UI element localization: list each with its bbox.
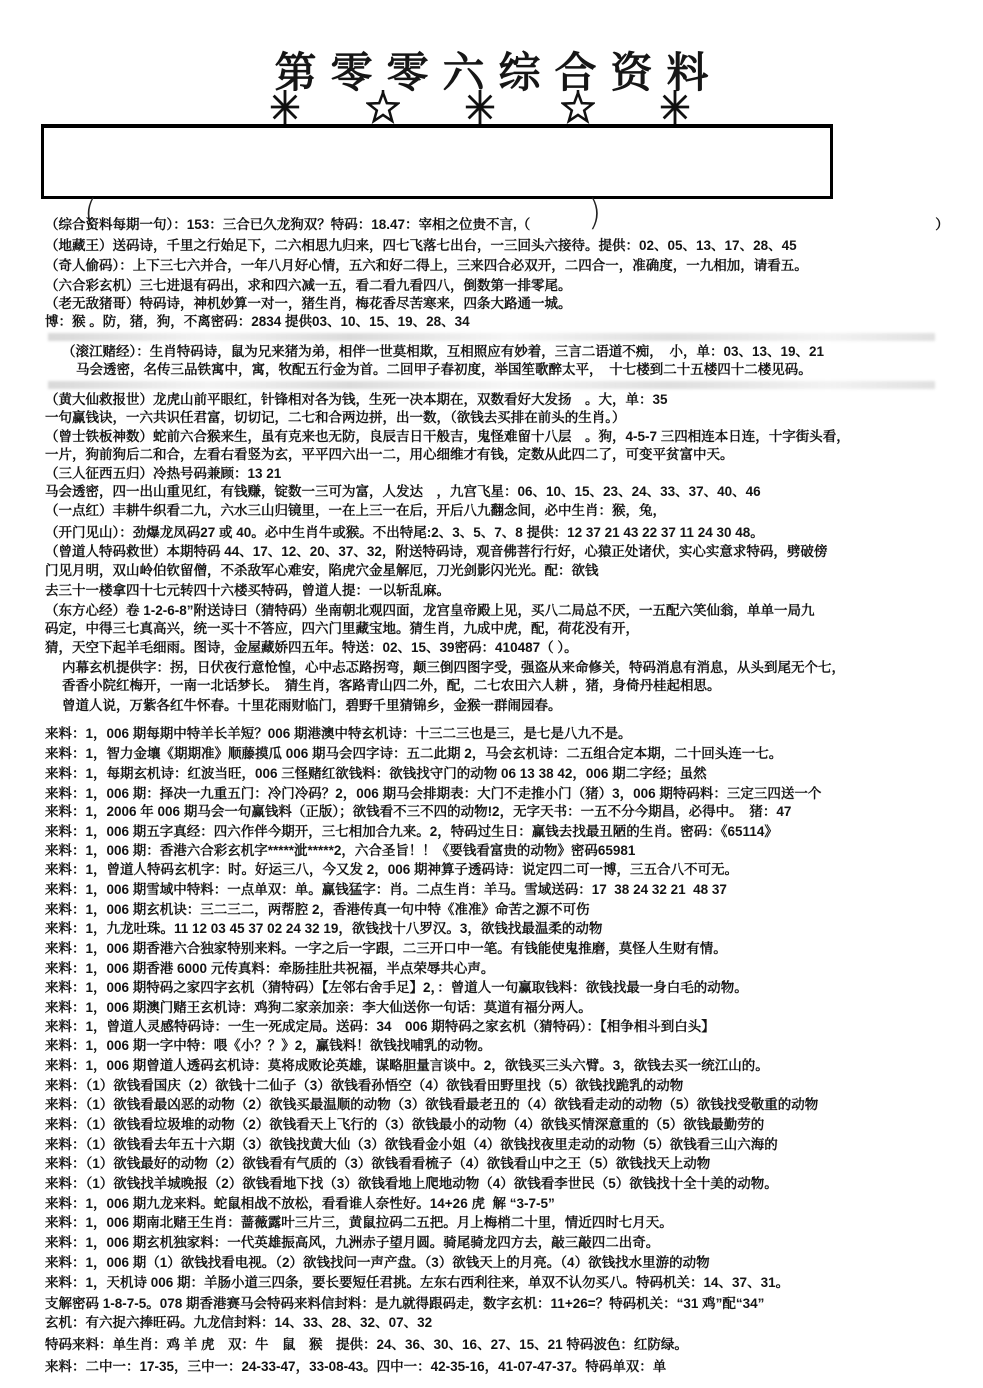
text-line: 来料：1，006 期雪域中特料：一点单双：单。赢钱猛字：肖。二点生肖：羊马。雪域…: [0, 881, 983, 899]
text-line: 来料：1，天机诗 006 期：羊肠小道三四条，要长要短任君挑。左东右西利往来，单…: [0, 1274, 983, 1292]
text-line: 来料：（1）欲钱看去年五十六期（3）欲钱找黄大仙（3）欲钱看金小姐（4）欲钱找夜…: [0, 1136, 983, 1154]
ghost-text-line: [48, 381, 935, 389]
text-line: 来料：1，曾道人灵感特码诗：一生一死成定局。送码：34 006 期特码之家玄机（…: [0, 1018, 983, 1036]
page-root: 第零零六综合资料 ( ) （综合资料每期一句）：153：三合已久龙狗双？特码：1…: [0, 0, 983, 1388]
text-line: 来料：1，006 期特码之家四字玄机（猜特码）【左邻右舍手足】2，：曾道人一句赢…: [0, 979, 983, 997]
text-line: 来料：1，006 期香港六合独家特别来料。一字之后一字跟，二三开口中一笔。有钱能…: [0, 940, 983, 958]
text-line: 来料：1，006 期南北赌王生肖：蔷薇露叶三片三，黄鼠拉码二五把。月上梅梢二十里…: [0, 1214, 983, 1232]
text-line: （开门见山）：劲爆龙凤码27 或 40。必中生肖牛或猴。不出特尾:2、3、5、7…: [0, 524, 983, 542]
text-line: 马会透密，四一出山重见红，有钱赚，锭数一三可为富，人发达 ，九宫飞星：06、10…: [0, 483, 983, 501]
text-line: 来料：1，006 期五字真经：四六作伴今期开，三七相加合九来。2，特码过生日：赢…: [0, 823, 983, 841]
text-line: 来料：（1）欲钱看最凶恶的动物（2）欲钱买最温顺的动物（3）欲钱看最老丑的（4）…: [0, 1096, 983, 1114]
text-line: 来料：1，006 期玄机独家料：一代英雄振高风，九洲赤子望月圆。骑尾骑龙四方去，…: [0, 1234, 983, 1252]
text-line: 来料：1，九龙吐珠。11 12 03 45 37 02 24 32 19，欲钱找…: [0, 920, 983, 938]
star-icon: [561, 90, 595, 124]
text-line: 一句赢钱诀，一六共识任君富，切切记，二七和合两边拼，出一数，（欲钱去买排在前头的…: [0, 409, 983, 427]
asterisk-icon: [268, 90, 302, 124]
text-line: （黄大仙救报世）龙虎山前平眼红，针锋相对各为钱，生死一决本期在，双数看好大发扬 …: [0, 391, 983, 409]
ghost-text-line: [48, 333, 935, 341]
text-line: （一点红）丰耕牛织看二九，六水三山归镜里，一在上三一在后，开后八九翻念间，必中生…: [0, 502, 983, 520]
text-line: 特码来料：单生肖：鸡 羊 虎 双：牛 鼠 猴 提供：24、36、30、16、27…: [0, 1336, 983, 1354]
star-icon: [366, 90, 400, 124]
text-line: 一片，狗前狗后二和合，左看右看竖为玄，平平四六出一二，用心细维才有钱，定数从此四…: [0, 446, 983, 464]
asterisk-icon: [463, 90, 497, 124]
asterisk-icon: [658, 90, 692, 124]
text-line: 来料：1，006 期一字中特：喂《小？？》2，赢钱料！欲钱找哺乳的动物。: [0, 1037, 983, 1055]
text-line: （曾士铁板神数）蛇前六合猴来生，虽有克来也无防，良辰吉日干般吉，鬼怪难留十八层 …: [0, 428, 983, 446]
text-line: 来料：1，006 期九龙来料。蛇鼠相战不放松，看看谁人奈性好。14+26 虎 解…: [0, 1195, 983, 1213]
text-line: 来料：（1）欲钱看垃圾堆的动物（2）欲钱看天上飞行的（3）欲钱最小的动物（4）欲…: [0, 1116, 983, 1134]
text-line: 香香小院红梅开，一南一北话梦长。 猜生肖，客路青山四二外，配，二七农田六人耕 ，…: [0, 677, 983, 695]
text-line: （东方心经）卷 1-2-6-8”附送诗曰（猜特码）坐南朝北观四面，龙宫皇帝殿上见…: [0, 602, 983, 620]
text-line: 来料：1，2006 年 006 期马会一句赢钱料（正版）；欲钱看不三不四的动物!…: [0, 803, 983, 821]
text-line: 来料：二中一：17-35，三中一：24-33-47，33-08-43。四中一：4…: [0, 1358, 983, 1376]
text-line: （奇人偷码）：上下三七六并合，一年八月好心情，五六和好二得上，三来四合必双开，二…: [0, 257, 983, 275]
text-line: 来料：1，每期玄机诗：红波当旺，006 三怪赌红欲钱料：欲钱找守门的动物 06 …: [0, 765, 983, 783]
text-line: 来料：（1）欲钱看国庆（2）欲钱十二仙子（3）欲钱看孙悟空（4）欲钱看田野里找（…: [0, 1077, 983, 1095]
text-line: （滚江赌经）：生肖特码诗，鼠为兄来猪为弟，相伴一世莫相欺，互相照应有妙着，三言二…: [0, 343, 983, 361]
text-line: 来料：（1）欲钱找羊城晚报（2）欲钱看地下找（3）欲钱看地上爬地动物（4）欲钱看…: [0, 1175, 983, 1193]
text-line: （地藏王）送码诗，千里之行始足下，二六相思九归来，四七飞落七出台，一三回头六接待…: [0, 237, 983, 255]
notice-box: [41, 124, 833, 199]
decor-symbols: [268, 88, 692, 126]
text-line: 马会透密，名传三品铁寓中，寓，牧配五行金为首。二回甲子春初度，举国笙歌醉太平， …: [0, 361, 983, 379]
text-line: （三人征西五归）冷热号码兼顾：13 21: [0, 465, 983, 483]
text-line: 曾道人说，万紫各红牛怀春。十里花雨财临门，碧野千里猜锦乡，金猴一群闹园春。: [0, 697, 983, 715]
text-line: 来料：1，曾道人特码玄机字：时。好运三八，今又发 2，006 期神算子透码诗：说…: [0, 861, 983, 879]
text-line: 码定，中得三七真高兴，统一买十不答应，四六门里藏宝地。猜生肖，九成中虎，配，荷花…: [0, 620, 983, 638]
text-line: 来料：1，006 期香港 6000 元传真料：牵肠挂肚共祝福，半点荣辱共心声。: [0, 960, 983, 978]
text-line: 玄机：有六捉六捧旺码。九龙信封料：14、33、28、32、07、32: [0, 1314, 983, 1332]
text-line: 博：猴 。防，猪，狗，不离密码：2834 提供03、10、15、19、28、34: [0, 313, 983, 331]
text-line: 来料：1，智力金壤《期期准》顺藤摸瓜 006 期马会四字诗：五二此期 2，马会玄…: [0, 745, 983, 763]
text-line: 门见月明，双山岭伯钦留僧，不杀敌军心难安，陷虎穴金星解厄，刀光剑影闪光光。配：欲…: [0, 562, 983, 580]
text-line: 来料：1，006 期：择决一九重五门：冷门冷码？2，006 期马会排期表：大门不…: [0, 785, 983, 803]
text-line: 支解密码 1-8-7-5。078 期香港赛马会特码来料信封料：是九就得跟码走，数…: [0, 1295, 983, 1313]
content-lines: （综合资料每期一句）：153：三合已久龙狗双？特码：18.47：宰相之位贵不言,…: [0, 216, 983, 1376]
text-line: （曾道人特码救世）本期特码 44、17、12、20、37、32，附送特码诗，观音…: [0, 543, 983, 561]
text-line: 去三十一楼拿四十七元转四十六楼买特码，曾道人提：一以斩乱麻。: [0, 582, 983, 600]
text-line: 猜，天空下起羊毛细雨。图诗，金屋藏娇四五年。特送：02、15、39密码：4104…: [0, 639, 983, 657]
text-line: 来料：1，006 期：香港六合彩玄机字*****泚*****2，六合圣旨！！《要…: [0, 842, 983, 860]
text-line: （六合彩玄机）三七进退有码出，求和四六减一五，看二看九看四八，倒数第一排零尾。: [0, 277, 983, 295]
text-line: （老无敌猪哥）特码诗，神机妙算一对一，猪生肖，梅花香尽苦寒来，四条大路通一城。: [0, 295, 983, 313]
text-line: 来料：1，006 期（1）欲钱找看电视。（2）欲钱找问一声产盘。（3）欲钱天上的…: [0, 1254, 983, 1272]
text-line: 内幕玄机提供字：拐，日伏夜行意怆惶，心中忐忑路拐弯，颠三倒四图字受，强盗从来命修…: [0, 659, 983, 677]
text-line: 来料：1，006 期澳门赌王玄机诗：鸡狗二家亲加亲：李大仙送你一句话：莫道有福分…: [0, 999, 983, 1017]
text-line: 来料：1，006 期每期中特羊长羊短？006 期港澳中特玄机诗：十三二三也是三，…: [0, 725, 983, 743]
text-line: （综合资料每期一句）：153：三合已久龙狗双？特码：18.47：宰相之位贵不言,…: [0, 216, 983, 234]
text-line: 来料：1，006 期玄机诀：三二三二，两帮腔 2，香港传真一句中特《准准》命苦之…: [0, 901, 983, 919]
text-line: 来料：1，006 期曾道人透码玄机诗：莫将成败论英雄，谋略胆量言谈中。2，欲钱买…: [0, 1057, 983, 1075]
text-line: 来料：（1）欲钱最好的动物（2）欲钱看有气质的（3）欲钱看看梳子（4）欲钱看山中…: [0, 1155, 983, 1173]
